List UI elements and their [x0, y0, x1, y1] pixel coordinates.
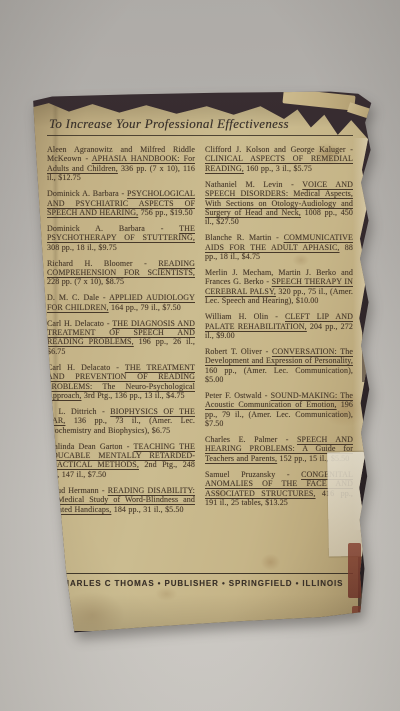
- separator: -: [122, 189, 125, 198]
- separator: -: [103, 293, 106, 302]
- book-specs: 308 pp., 18 il., $9.75: [47, 243, 117, 252]
- book-listing: William H. Olin - CLEFT LIP AND PALATE R…: [205, 312, 353, 340]
- book: To Increase Your Professional Effectiven…: [28, 90, 372, 634]
- torn-jacket-flap: [347, 102, 375, 120]
- left-column: Aleen Agranowitz and Milfred Riddle McKe…: [47, 145, 195, 569]
- book-listing: Malinda Dean Garton - TEACHING THE EDUCA…: [47, 442, 195, 480]
- red-stain: [348, 543, 361, 598]
- book-listing: Robert T. Oliver - CONVERSATION: The Dev…: [205, 347, 353, 385]
- separator: -: [266, 347, 269, 356]
- book-author: Samuel Pruzansky: [205, 470, 275, 479]
- book-author: Nathaniel M. Levin: [205, 180, 283, 189]
- book-listing: Dominick A. Barbara - THE PSYCHOTHERAPY …: [47, 224, 195, 252]
- book-listing: D. M. C. Dale - APPLIED AUDIOLOGY FOR CH…: [47, 293, 195, 312]
- book-author: Knud Hermann: [47, 486, 99, 495]
- book-author: Richard H. Bloomer: [47, 259, 133, 268]
- book-specs: 756 pp., $19.50: [141, 208, 193, 217]
- book-listing: Peter F. Ostwald - SOUND-MAKING: The Aco…: [205, 391, 353, 429]
- book-listing: Nathaniel M. Levin - VOICE AND SPEECH DI…: [205, 180, 353, 227]
- book-author: Dominick A. Barbara: [47, 224, 145, 233]
- cover-content: To Increase Your Professional Effectiven…: [47, 116, 353, 588]
- publisher-imprint: CHARLES C THOMAS • PUBLISHER • SPRINGFIE…: [47, 574, 353, 588]
- separator: -: [286, 435, 289, 444]
- book-listing: Aleen Agranowitz and Milfred Riddle McKe…: [47, 145, 195, 183]
- book-specs: 136 pp., 73 il., (Amer. Lec. Biochemistr…: [47, 416, 195, 434]
- book-listing: Blanche R. Martin - COMMUNICATIVE AIDS F…: [205, 233, 353, 261]
- book-author: Charles E. Palmer: [205, 435, 277, 444]
- separator: -: [107, 319, 110, 328]
- book-author: D. M. C. Dale: [47, 293, 99, 302]
- dust-jacket: To Increase Your Professional Effectiven…: [32, 101, 368, 631]
- separator: -: [144, 259, 147, 268]
- book-listing: Clifford J. Kolson and George Kaluger - …: [205, 145, 353, 173]
- book-listing: Merlin J. Mecham, Martin J. Berko and Fr…: [205, 268, 353, 306]
- tagline: To Increase Your Professional Effectiven…: [49, 116, 353, 132]
- divider-rule: [47, 135, 353, 136]
- separator: -: [350, 145, 353, 154]
- separator: -: [266, 277, 269, 286]
- book-author: Carl H. Delacato: [47, 319, 104, 328]
- book-specs: 160 pp., 3 il., $5.75: [246, 164, 312, 173]
- separator: -: [127, 442, 130, 451]
- book-specs: 184 pp., 31 il., $5.50: [114, 505, 184, 514]
- separator: -: [291, 180, 294, 189]
- book-specs: 164 pp., 79 il., $7.50: [111, 303, 181, 312]
- book-author: Dominick A. Barbara: [47, 189, 119, 198]
- separator: -: [265, 391, 268, 400]
- book-author: William H. Olin: [205, 312, 268, 321]
- torn-jacket-flap: [282, 88, 355, 110]
- separator: -: [102, 486, 105, 495]
- book-specs: 3rd Ptg., 136 pp., 13 il., $4.75: [84, 391, 185, 400]
- book-shadow: To Increase Your Professional Effectiven…: [0, 0, 400, 711]
- book-author: Blanche R. Martin: [205, 233, 271, 242]
- book-listing: Carl H. Delacato - THE TREATMENT AND PRE…: [47, 363, 195, 401]
- listing-columns: Aleen Agranowitz and Milfred Riddle McKe…: [47, 145, 353, 569]
- tape-patch: [327, 452, 383, 557]
- book-author: Peter F. Ostwald: [205, 391, 262, 400]
- red-stain: [352, 606, 362, 624]
- separator: -: [275, 312, 278, 321]
- book-listing: F. L. Dittrich - BIOPHYSICS OF THE EAR, …: [47, 407, 195, 435]
- book-author: Malinda Dean Garton: [47, 442, 123, 451]
- book-specs: 160 pp., (Amer. Lec. Communication), $5.…: [205, 366, 353, 384]
- board-showing-through-tear: [362, 324, 368, 382]
- book-listing: Knud Hermann - READING DISABILITY: A Med…: [47, 486, 195, 514]
- separator: -: [102, 407, 105, 416]
- separator: -: [116, 363, 119, 372]
- separator: -: [85, 154, 88, 163]
- book-author: Robert T. Oliver: [205, 347, 262, 356]
- photo-background: To Increase Your Professional Effectiven…: [0, 0, 400, 711]
- separator: -: [276, 233, 279, 242]
- book-author: Carl H. Delacato: [47, 363, 110, 372]
- book-author: Clifford J. Kolson and George Kaluger: [205, 145, 346, 154]
- book-author: F. L. Dittrich: [47, 407, 97, 416]
- book-specs: 228 pp. (7 x 10), $8.75: [47, 277, 124, 286]
- book-listing: Richard H. Bloomer - READING COMPREHENSI…: [47, 259, 195, 287]
- separator: -: [161, 224, 164, 233]
- book-listing: Carl H. Delacato - THE DIAGNOSIS AND TRE…: [47, 319, 195, 357]
- book-listing: Dominick A. Barbara - PSYCHOLOGICAL AND …: [47, 189, 195, 217]
- separator: -: [287, 470, 290, 479]
